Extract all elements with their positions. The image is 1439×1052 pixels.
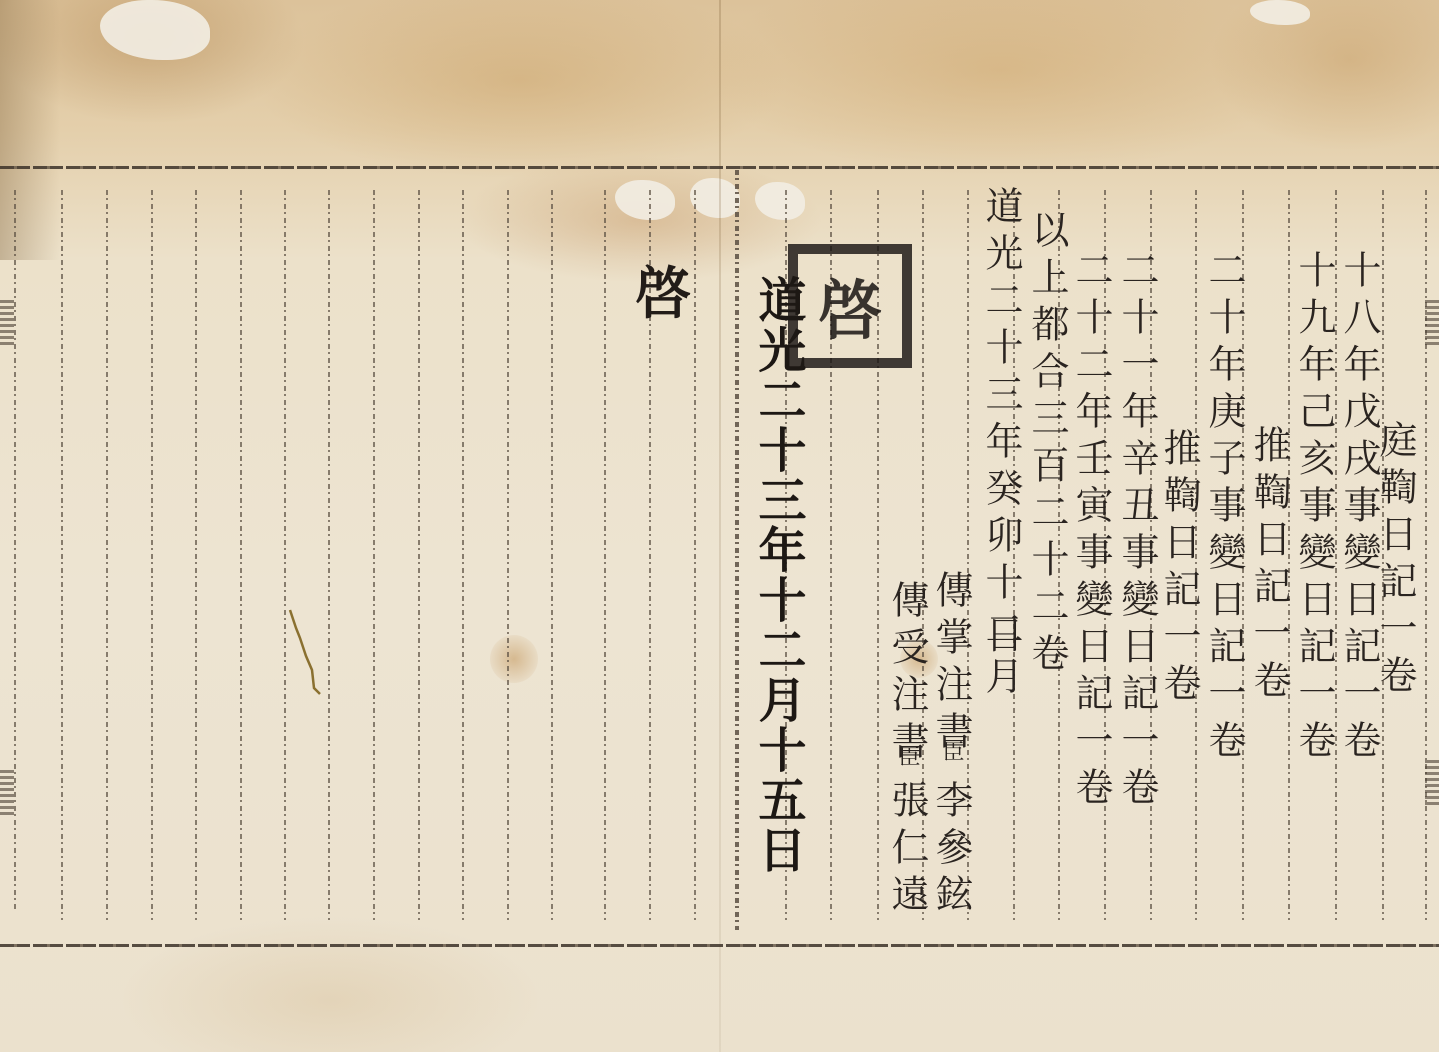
seal-glyph: 啓: [818, 260, 882, 352]
paper-shade: [0, 0, 60, 260]
edge-mark: [0, 300, 14, 346]
handwritten-date: 道光二十三年十二月十五日: [744, 275, 813, 875]
entry-column-1: 庭鞫日記一卷: [1376, 420, 1414, 702]
column-rule: [151, 190, 153, 920]
entry-column-8: 二十二年壬寅事變日記一卷: [1072, 250, 1110, 814]
edge-mark: [1425, 760, 1439, 806]
water-stain: [490, 635, 538, 683]
entry-column-4: 推鞫日記一卷: [1250, 425, 1288, 707]
total-column: 以上都合三百二十二卷: [1028, 210, 1066, 680]
signatory-2-title: 傳受注書: [888, 580, 926, 768]
entry-column-7: 二十一年辛丑事變日記一卷: [1118, 250, 1156, 814]
signatory-1-title: 傳掌注書: [932, 570, 970, 758]
center-fold: [719, 0, 721, 1052]
column-rule: [694, 190, 696, 920]
column-rule: [14, 190, 16, 910]
column-rule: [195, 190, 197, 920]
column-rule: [240, 190, 242, 920]
entry-column-6: 推鞫日記一卷: [1160, 428, 1198, 710]
column-rule: [462, 190, 464, 920]
column-rule: [328, 190, 330, 920]
signatory-1-honorific: 臣: [940, 740, 962, 771]
report-mark: 啓: [635, 250, 691, 330]
edge-mark: [0, 770, 14, 816]
paper-crack: [286, 608, 326, 698]
column-rule: [106, 190, 108, 920]
edge-mark: [1425, 300, 1439, 346]
column-rule: [284, 190, 286, 920]
entry-column-3: 十九年己亥事變日記一卷: [1295, 250, 1333, 767]
signatory-2-honorific: 臣: [896, 745, 918, 776]
column-rule: [61, 190, 63, 920]
signatory-2-name: 張仁遠: [888, 780, 926, 921]
column-rule: [735, 170, 739, 930]
entry-column-2: 十八年戊戌事變日記一卷: [1340, 250, 1378, 767]
column-rule: [551, 190, 553, 920]
entry-column-5: 二十年庚子事變日記一卷: [1205, 250, 1243, 767]
column-rule: [418, 190, 420, 920]
column-rule: [507, 190, 509, 920]
column-rule: [373, 190, 375, 920]
column-rule: [604, 190, 606, 920]
bottom-border-line: [0, 944, 1439, 947]
top-border-line: [0, 166, 1439, 169]
signatory-1-name: 李參鉉: [932, 780, 970, 921]
date-day-marker: 日: [982, 615, 1020, 662]
